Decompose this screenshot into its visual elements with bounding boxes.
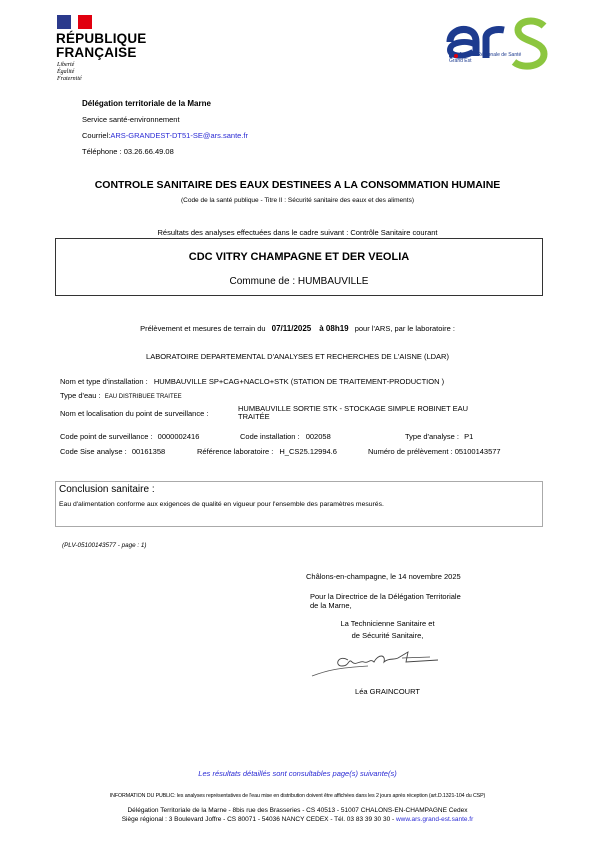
entity-box: CDC VITRY CHAMPAGNE ET DER VEOLIA Commun…: [55, 238, 543, 296]
delegation-block: Délégation territoriale de la Marne Serv…: [82, 96, 248, 160]
water-type-value: EAU DISTRIBUEE TRAITEE: [105, 394, 182, 400]
ars-subtitle: Agence Régionale de Santé Grand Est: [449, 52, 521, 64]
republic-title-line1: RÉPUBLIQUE: [56, 32, 147, 46]
lab-ref-label: Référence laboratoire :: [197, 447, 273, 456]
lab-ref: Référence laboratoire : H_CS25.12994.6: [197, 447, 337, 456]
motto-egalite: Égalité: [57, 69, 82, 76]
sise-value: 00161358: [132, 447, 165, 456]
installation-value: HUMBAUVILLE SP+CAG+NACLO+STK (STATION DE…: [154, 377, 444, 386]
sise-row: Code Sise analyse : 00161358: [60, 447, 165, 456]
commune-name: Commune de : HUMBAUVILLE: [56, 276, 542, 287]
document-subtitle: (Code de la santé publique - Titre II : …: [0, 197, 595, 204]
ars-subtitle-line2: Grand Est: [449, 58, 521, 64]
conclusion-text: Eau d'alimentation conforme aux exigence…: [59, 501, 384, 508]
sample-number-value: 05100143577: [455, 447, 501, 456]
point-value-line2: TRAITÉE: [238, 413, 468, 421]
footer-address: Délégation Territoriale de la Marne - 8b…: [0, 806, 595, 824]
delegation-name: Délégation territoriale de la Marne: [82, 96, 248, 112]
motto-liberte: Liberté: [57, 62, 82, 69]
handwritten-signature-icon: [308, 640, 448, 680]
sample-number-label: Numéro de prélèvement :: [368, 447, 453, 456]
republic-logo-title: RÉPUBLIQUE FRANÇAISE: [56, 32, 147, 60]
sampling-date: 07/11/2025: [272, 324, 312, 333]
signatory-for-line2: de la Marne,: [310, 601, 520, 610]
analysis-context: Résultats des analyses effectuées dans l…: [0, 228, 595, 237]
installation-row: Nom et type d'installation : HUMBAUVILLE…: [60, 377, 444, 386]
sample-number: Numéro de prélèvement : 05100143577: [368, 447, 501, 456]
sampling-prefix: Prélèvement et mesures de terrain du: [140, 324, 265, 333]
sise-label: Code Sise analyse :: [60, 447, 127, 456]
place-date: Châlons-en-champagne, le 14 novembre 202…: [306, 572, 461, 581]
entity-name: CDC VITRY CHAMPAGNE ET DER VEOLIA: [56, 251, 542, 263]
signatory-role-line1: La Technicienne Sanitaire et: [290, 618, 485, 630]
public-information: INFORMATION DU PUBLIC: les analyses repr…: [0, 793, 595, 799]
delegation-service: Service santé-environnement: [82, 112, 248, 128]
installation-code: Code installation : 002058: [240, 432, 331, 441]
installation-code-label: Code installation :: [240, 432, 300, 441]
analysis-type-label: Type d'analyse :: [405, 432, 459, 441]
point-label: Nom et localisation du point de surveill…: [60, 409, 208, 418]
surveillance-point-row: Nom et localisation du point de surveill…: [60, 409, 208, 418]
address-line2: Siège régional : 3 Boulevard Joffre - CS…: [0, 815, 595, 824]
analysis-type: Type d'analyse : P1: [405, 432, 473, 441]
lab-ref-value: H_CS25.12994.6: [279, 447, 337, 456]
email-link[interactable]: ARS-GRANDEST-DT51-SE@ars.sante.fr: [110, 131, 248, 140]
analysis-type-value: P1: [464, 432, 473, 441]
signatory-for-line1: Pour la Directrice de la Délégation Terr…: [310, 592, 520, 601]
water-type-label: Type d'eau :: [60, 391, 101, 400]
republic-title-line2: FRANÇAISE: [56, 46, 147, 60]
marianne-flag-icon: [57, 15, 92, 29]
laboratory-name: LABORATOIRE DEPARTEMENTAL D'ANALYSES ET …: [0, 352, 595, 361]
point-code-label: Code point de surveillance :: [60, 432, 153, 441]
point-value-line1: HUMBAUVILLE SORTIE STK - STOCKAGE SIMPLE…: [238, 405, 468, 413]
conclusion-heading: Conclusion sanitaire :: [59, 484, 155, 495]
address-line1: Délégation Territoriale de la Marne - 8b…: [0, 806, 595, 815]
codes-row: Code point de surveillance : 0000002416: [60, 432, 199, 441]
sampling-suffix: pour l'ARS, par le laboratoire :: [355, 324, 455, 333]
delegation-email-row: Courriel:ARS-GRANDEST-DT51-SE@ars.sante.…: [82, 128, 248, 144]
sampling-time: à 08h19: [319, 324, 348, 333]
delegation-phone: Téléphone : 03.26.66.49.08: [82, 144, 248, 160]
surveillance-point-value: HUMBAUVILLE SORTIE STK - STOCKAGE SIMPLE…: [238, 405, 468, 421]
address-line2-text: Siège régional : 3 Boulevard Joffre - CS…: [122, 816, 394, 823]
republic-motto: Liberté Égalité Fraternité: [57, 62, 82, 83]
signatory-role: La Technicienne Sanitaire et de Sécurité…: [290, 618, 485, 642]
point-code-value: 0000002416: [158, 432, 200, 441]
signatory-name: Léa GRAINCOURT: [290, 687, 485, 696]
signatory-for: Pour la Directrice de la Délégation Terr…: [310, 592, 520, 610]
ars-logo-icon: [440, 14, 560, 74]
detailed-results-note: Les résultats détaillés sont consultable…: [0, 769, 595, 778]
installation-code-value: 002058: [306, 432, 331, 441]
installation-label: Nom et type d'installation :: [60, 377, 148, 386]
conclusion-box: Conclusion sanitaire : Eau d'alimentatio…: [55, 481, 543, 527]
page-reference: (PLV-05100143577 - page : 1): [62, 542, 147, 549]
water-type-row: Type d'eau : EAU DISTRIBUEE TRAITEE: [60, 391, 182, 400]
website-link[interactable]: www.ars.grand-est.sante.fr: [396, 816, 473, 823]
sampling-line: Prélèvement et mesures de terrain du 07/…: [0, 324, 595, 333]
email-label: Courriel:: [82, 131, 110, 140]
motto-fraternite: Fraternité: [57, 76, 82, 83]
document-title: CONTROLE SANITAIRE DES EAUX DESTINEES A …: [0, 179, 595, 191]
